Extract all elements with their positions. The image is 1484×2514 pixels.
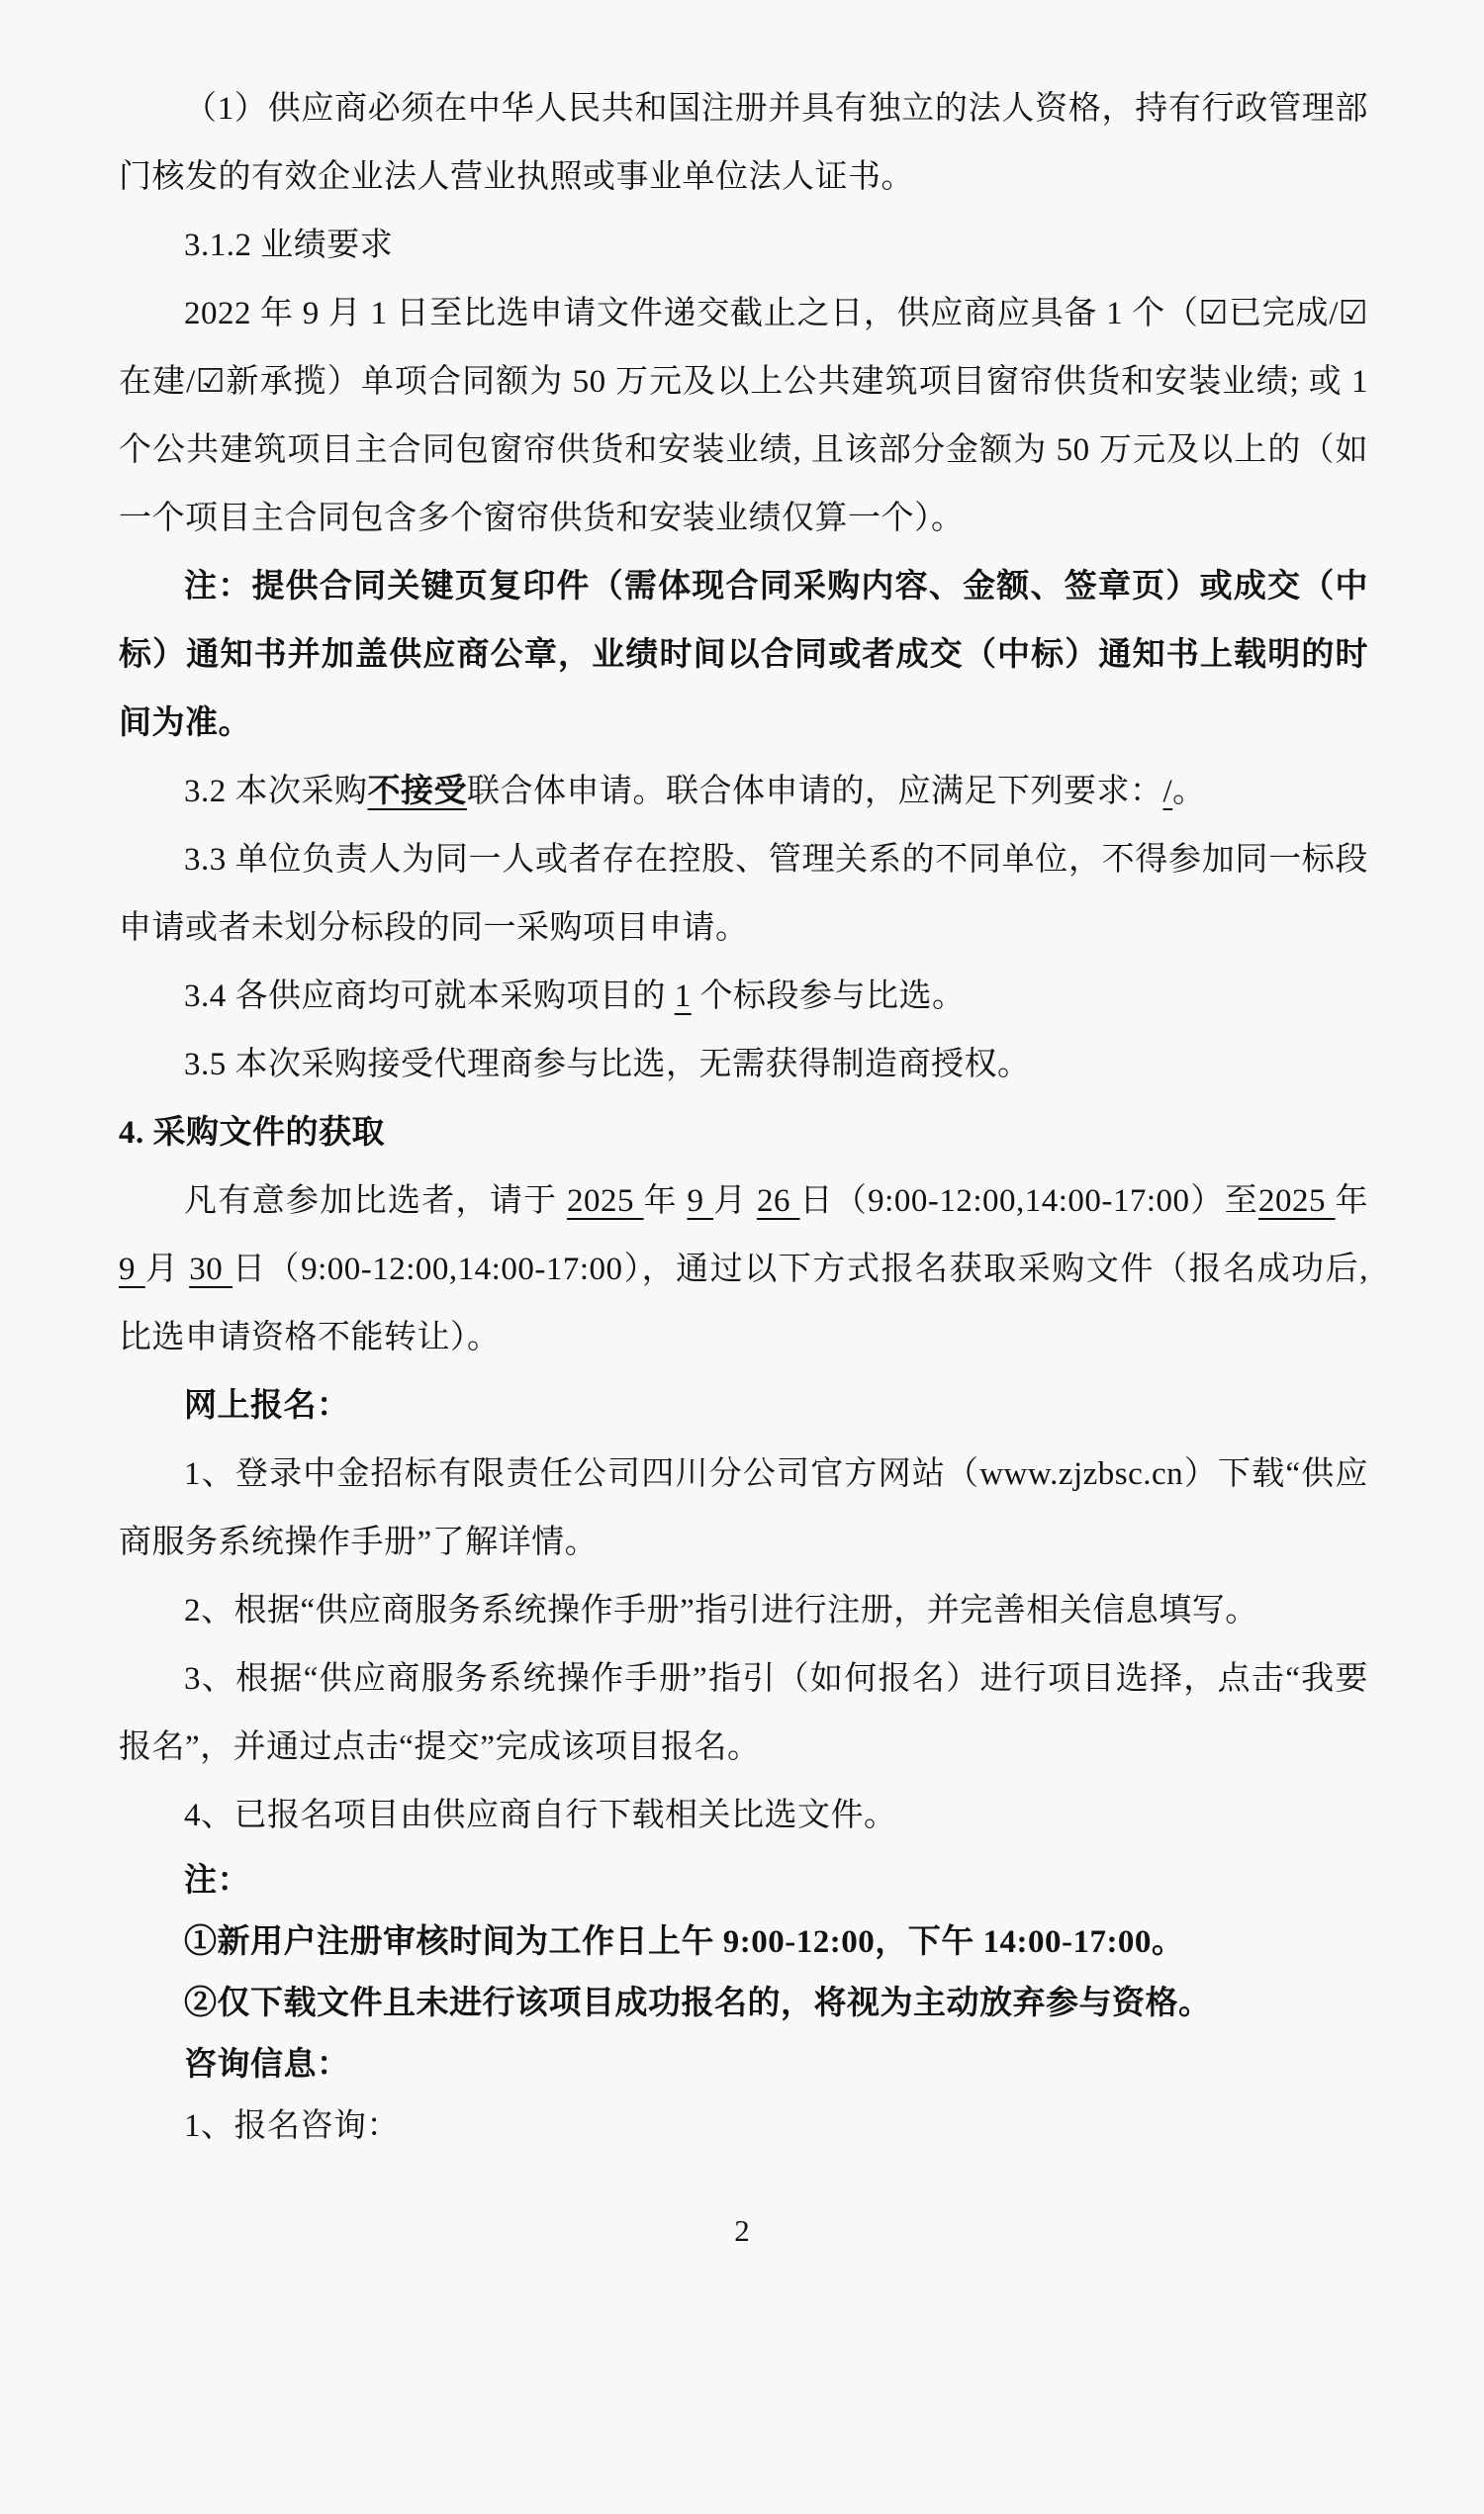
text-run: 联合体申请。联合体申请的，应满足下列要求： [467, 774, 1163, 809]
checkbox-checked-icon: ☑ [196, 364, 226, 400]
document-page: （1）供应商必须在中华人民共和国注册并具有独立的法人资格，持有行政管理部门核发的… [0, 0, 1484, 2514]
para-note-1: ①新用户注册审核时间为工作日上午 9:00-12:00，下午 14:00-17:… [119, 1911, 1368, 1973]
checkbox-checked-icon: ☑ [1199, 296, 1229, 331]
para-consult-info-heading: 咨询信息： [119, 2034, 1368, 2095]
text-run: 。 [1172, 774, 1206, 809]
text-run: 咨询信息： [184, 2047, 350, 2083]
text-run: 4、已报名项目由供应商自行下载相关比选文件。 [184, 1798, 897, 1833]
text-run: 日（9:00-12:00,14:00-17:00）至 [800, 1183, 1258, 1219]
para-3-2-consortium: 3.2 本次采购不接受联合体申请。联合体申请的，应满足下列要求：/。 [119, 758, 1368, 826]
text-run: 注： [184, 1863, 250, 1899]
text-run: 3.1.2 业绩要求 [184, 228, 393, 263]
text-run: 4. 采购文件的获取 [119, 1115, 385, 1151]
text-run: 年 [1336, 1183, 1369, 1219]
heading-section-4: 4. 采购文件的获取 [119, 1099, 1368, 1167]
text-run: 个标段参与比选。 [692, 978, 966, 1014]
text-run: ②仅下载文件且未进行该项目成功报名的，将视为主动放弃参与资格。 [184, 1986, 1212, 2021]
para-registration-period: 凡有意参加比选者，请于 2025 年 9 月 26 日（9:00-12:00,1… [119, 1167, 1368, 1372]
para-note-contract: 注：提供合同关键页复印件（需体现合同采购内容、金额、签章页）或成交（中标）通知书… [119, 553, 1368, 758]
text-run: 日（9:00-12:00,14:00-17:00），通过以下方式报名获取采购文件… [119, 1252, 1368, 1355]
text-run: 新承揽）单项合同额为 50 万元及以上公共建筑项目窗帘供货和安装业绩; 或 1 … [119, 364, 1368, 536]
text-run: 月 [713, 1183, 757, 1219]
text-run: ①新用户注册审核时间为工作日上午 9:00-12:00，下午 14:00-17:… [184, 1924, 1184, 1960]
para-step-1: 1、登录中金招标有限责任公司四川分公司官方网站（www.zjzbsc.cn）下载… [119, 1441, 1368, 1577]
text-run: 2025 [1258, 1183, 1336, 1219]
text-run: 9 [687, 1183, 713, 1219]
text-run: 1、报名咨询： [184, 2108, 400, 2144]
text-run: 网上报名： [184, 1388, 350, 1424]
para-supplier-qualification: （1）供应商必须在中华人民共和国注册并具有独立的法人资格，持有行政管理部门核发的… [119, 75, 1368, 212]
document-body: （1）供应商必须在中华人民共和国注册并具有独立的法人资格，持有行政管理部门核发的… [119, 75, 1368, 2157]
text-run: 3.5 本次采购接受代理商参与比选，无需获得制造商授权。 [184, 1047, 1031, 1082]
text-run: 30 [189, 1252, 232, 1287]
para-step-3: 3、根据“供应商服务系统操作手册”指引（如何报名）进行项目选择，点击“我要报名”… [119, 1645, 1368, 1782]
text-run: 2、根据“供应商服务系统操作手册”指引进行注册，并完善相关信息填写。 [184, 1593, 1258, 1629]
para-consult-1: 1、报名咨询： [119, 2095, 1368, 2157]
checkbox-checked-icon: ☑ [1339, 296, 1368, 331]
para-performance-requirement: 2022 年 9 月 1 日至比选申请文件递交截止之日，供应商应具备 1 个（☑… [119, 280, 1368, 553]
text-run: （1）供应商必须在中华人民共和国注册并具有独立的法人资格，持有行政管理部门核发的… [119, 91, 1368, 195]
text-run: / [1163, 774, 1173, 809]
text-run: 3.4 各供应商均可就本采购项目的 [184, 978, 675, 1014]
text-run: 2025 [567, 1183, 644, 1219]
para-3-1-2-heading: 3.1.2 业绩要求 [119, 212, 1368, 280]
text-run: 3.2 本次采购 [184, 774, 368, 809]
text-run: 26 [757, 1183, 800, 1219]
text-run: 注：提供合同关键页复印件（需体现合同采购内容、金额、签章页）或成交（中标）通知书… [119, 569, 1368, 741]
text-run: 9 [119, 1252, 145, 1287]
para-note-2: ②仅下载文件且未进行该项目成功报名的，将视为主动放弃参与资格。 [119, 1973, 1368, 2034]
text-run: 年 [644, 1183, 688, 1219]
text-run: 在建/ [119, 364, 196, 400]
para-3-4-sections: 3.4 各供应商均可就本采购项目的 1 个标段参与比选。 [119, 963, 1368, 1031]
text-run: 3.3 单位负责人为同一人或者存在控股、管理关系的不同单位，不得参加同一标段申请… [119, 842, 1368, 946]
text-run: 2022 年 9 月 1 日至比选申请文件递交截止之日，供应商应具备 1 个（ [184, 296, 1199, 331]
text-run: 1、登录中金招标有限责任公司四川分公司官方网站（www.zjzbsc.cn）下载… [119, 1456, 1368, 1560]
para-step-4: 4、已报名项目由供应商自行下载相关比选文件。 [119, 1782, 1368, 1850]
para-note-heading: 注： [119, 1850, 1368, 1911]
text-run: 1 [675, 978, 692, 1014]
para-step-2: 2、根据“供应商服务系统操作手册”指引进行注册，并完善相关信息填写。 [119, 1577, 1368, 1645]
text-run: 不接受 [368, 774, 468, 809]
para-online-registration-heading: 网上报名： [119, 1372, 1368, 1441]
text-run: 3、根据“供应商服务系统操作手册”指引（如何报名）进行项目选择，点击“我要报名”… [119, 1661, 1368, 1765]
text-run: 已完成/ [1229, 296, 1339, 331]
para-3-5-agent: 3.5 本次采购接受代理商参与比选，无需获得制造商授权。 [119, 1031, 1368, 1099]
para-3-3-same-person: 3.3 单位负责人为同一人或者存在控股、管理关系的不同单位，不得参加同一标段申请… [119, 826, 1368, 963]
text-run: 月 [145, 1252, 189, 1287]
text-run: 凡有意参加比选者，请于 [184, 1183, 567, 1219]
page-number: 2 [0, 2208, 1484, 2254]
